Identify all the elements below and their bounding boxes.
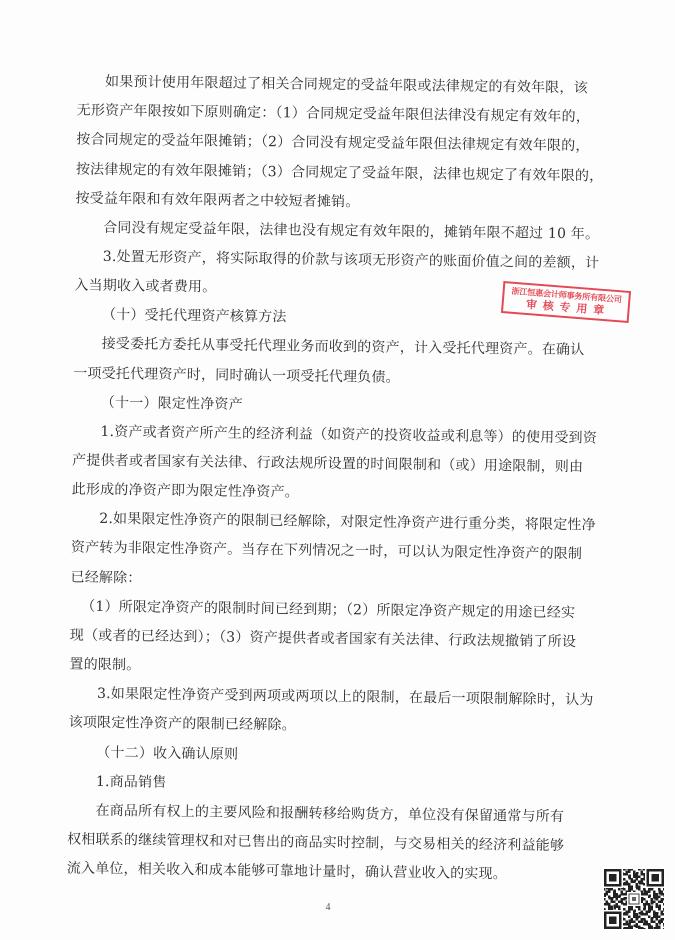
paragraph-line: 流入单位，相关收入和成本能够可靠地计量时，确认营业收入的实现。 [67,859,507,885]
document-page: 如果预计使用年限超过了相关合同规定的受益年限或法律规定的有效年限，该 无形资产年… [0,0,675,940]
paragraph-line: 1.资产或者资产所产生的经济利益（如资产的投资收益或利息等）的使用受到资 [100,422,597,448]
paragraph-line: 接受委托方委托从事受托代理业务而收到的资产，计入受托代理资产。在确认 [101,334,584,360]
paragraph-line: 按法律规定的有效年限摊销；（3）合同规定了受益年限，法律也规定了有效年限的， [76,159,604,186]
paragraph-line: （1）所限定净资产的限制时间已经到期；（2）所限定净资产规定的用途已经实 [81,596,575,622]
paragraph-line: 该项限定性净资产的限制已经解除。 [69,713,296,736]
document-body: 如果预计使用年限超过了相关合同规定的受益年限或法律规定的有效年限，该 无形资产年… [0,0,675,940]
paragraph-line: 如果预计使用年限超过了相关合同规定的受益年限或法律规定的有效年限，该 [105,72,588,98]
section-heading: （十）受托代理资产核算方法 [102,305,287,327]
paragraph-line: 入当期收入或者费用。 [74,276,216,298]
paragraph-line: 此形成的净资产即为限定性净资产。 [72,480,299,503]
subsection-heading: 1.商品销售 [96,771,167,792]
paragraph-line: 资产转为非限定性净资产。当存在下列情况之一时，可以认为限定性净资产的限制 [71,538,582,565]
paragraph-line: 无形资产年限按如下原则确定：（1）合同规定受益年限但法律没有规定有效年的， [77,101,591,128]
paragraph-line: 2.如果限定性净资产的限制已经解除，对限定性净资产进行重分类，将限定性净 [99,509,596,535]
paragraph-line: 一项受托代理资产时，同时确认一项受托代理负债。 [73,363,400,387]
paragraph-line: 在商品所有权上的主要风险和报酬转移给购货方，单位没有保留通常与所有 [95,801,564,827]
paragraph-line: 权相联系的继续管理权和对已售出的商品实时控制，与交易相关的经济利益能够 [67,829,564,856]
paragraph-line: 3.处置无形资产，将实际取得的价款与该项无形资产的账面价值之间的差额，计 [103,247,600,273]
paragraph-line: 3.如果限定性净资产受到两项或两项以上的限制，在最后一项限制解除时，认为 [97,684,594,710]
paragraph-line: 合同没有规定受益年限，法律也没有规定有效年限的，摊销年限不超过 10 年。 [103,218,599,244]
paragraph-line: 现（或者的已经达到）；（3）资产提供者或者国家有关法律、行政法规撤销了所设 [70,625,577,652]
paragraph-line: 已经解除： [70,567,141,588]
section-heading: （十二）收入确认原则 [96,742,238,764]
page-number: 4 [322,901,334,915]
paragraph-line: 产提供者或者国家有关法律、行政法规所设置的时间限制和（或）用途限制，则由 [72,451,583,478]
paragraph-line: 按合同规定的受益年限摊销；（2）合同没有规定受益年限但法律规定有效年限的， [76,130,590,157]
section-heading: （十一）限定性净资产 [101,393,243,415]
qr-code-icon [603,868,665,930]
paragraph-line: 按受益年限和有效年限两者之中较短者摊销。 [75,188,359,212]
paragraph-line: 置的限制。 [69,655,140,676]
